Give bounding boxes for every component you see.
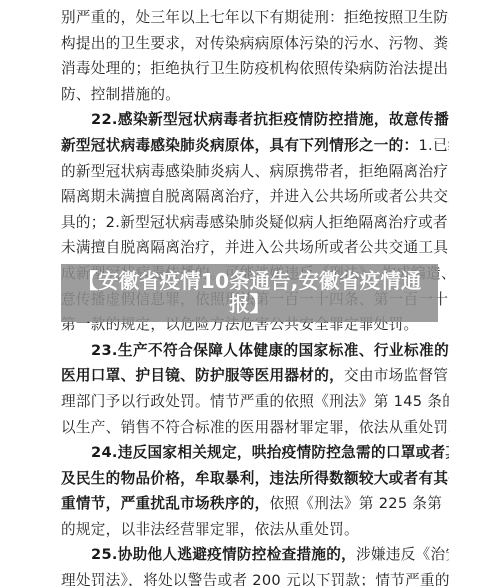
- overlay-title-line-1: 【安徽省疫情10条通告,安徽省疫情通: [61, 270, 438, 293]
- bold-lead: 新型冠状病毒感染肺炎病原体，具有下列情形之一的：: [61, 137, 418, 154]
- bold-lead: 医用口罩、护目镜、防护服等医用器材的，: [61, 367, 344, 384]
- text-rest: 涉嫌违反《治安管: [356, 546, 449, 563]
- text-line: 新型冠状病毒感染肺炎病原体，具有下列情形之一的：1.已经确诊: [61, 133, 449, 159]
- text-line: 理部门予以行政处罚。情节严重的依照《刑法》第 145 条的规定，: [61, 389, 449, 415]
- text-line: 消毒处理的；拒绝执行卫生防疫机构依照传染病防治法提出的预: [61, 56, 449, 82]
- text-line: 及民生的物品价格，牟取暴利，违法所得数额较大或者有其他严: [61, 466, 449, 492]
- title-overlay-banner: 【安徽省疫情10条通告,安徽省疫情通 报】: [61, 264, 438, 322]
- item-24-heading: 24.违反国家相关规定，哄抬疫情防控急需的口罩或者其他涉: [61, 440, 449, 466]
- text-line: 理处罚法》，将处以警告或者 200 元以下罚款；情节严重的，: [61, 568, 449, 586]
- bold-lead: 重情节，严重扰乱市场秩序的，: [61, 495, 270, 512]
- text-line: 的新型冠状病毒感染肺炎病人、病原携带者，拒绝隔离治疗或者: [61, 159, 449, 185]
- bold-lead: 及民生的物品价格，牟取暴利，违法所得数额较大或者有其他严: [61, 470, 449, 487]
- bold-lead: 24.违反国家相关规定，哄抬疫情防控急需的口罩或者其他涉: [91, 444, 449, 461]
- item-25-heading: 25.协助他人逃避疫情防控检查措施的，涉嫌违反《治安管: [61, 542, 449, 568]
- bold-lead: 25.协助他人逃避疫情防控检查措施的，: [91, 546, 356, 563]
- text-line: 未满擅自脱离隔离治疗，并进入公共场所或者公共交通工具，造: [61, 235, 449, 261]
- text-line: 重情节，严重扰乱市场秩序的，依照《刑法》第 225 条第（四）项: [61, 491, 449, 517]
- text-line: 隔离期未满擅自脱离隔离治疗，并进入公共场所或者公共交通工: [61, 184, 449, 210]
- overlay-title-line-2: 报】: [61, 293, 438, 316]
- text-line: 具的；2.新型冠状病毒感染肺炎疑似病人拒绝隔离治疗或者隔离期: [61, 210, 449, 236]
- text-line: 防、控制措施的。: [61, 82, 449, 108]
- item-23-heading: 23.生产不符合保障人体健康的国家标准、行业标准的: [61, 338, 449, 364]
- text-rest: 依照《刑法》第 225 条第（四）项: [270, 495, 449, 512]
- text-line: 构提出的卫生要求，对传染病病原体污染的污水、污物、粪便进行: [61, 31, 449, 57]
- text-rest: 1.已经确诊: [418, 137, 449, 154]
- item-22-heading: 22.感染新型冠状病毒者抗拒疫情防控措施，故意传播: [61, 107, 449, 133]
- text-line: 医用口罩、护目镜、防护服等医用器材的，交由市场监督管: [61, 363, 449, 389]
- text-line: 别严重的，处三年以上七年以下有期徒刑：拒绝按照卫生防疫机: [61, 5, 449, 31]
- text-line: 的规定，以非法经营罪定罪，依法从重处罚。: [61, 517, 449, 543]
- bold-lead: 23.生产不符合保障人体健康的国家标准、行业标准的: [91, 342, 449, 359]
- text-rest: 交由市场监督管: [344, 367, 448, 384]
- text-line: 以生产、销售不符合标准的医用器材罪定罪，依法从重处罚。: [61, 415, 449, 441]
- bold-lead: 22.感染新型冠状病毒者抗拒疫情防控措施，故意传播: [91, 111, 449, 128]
